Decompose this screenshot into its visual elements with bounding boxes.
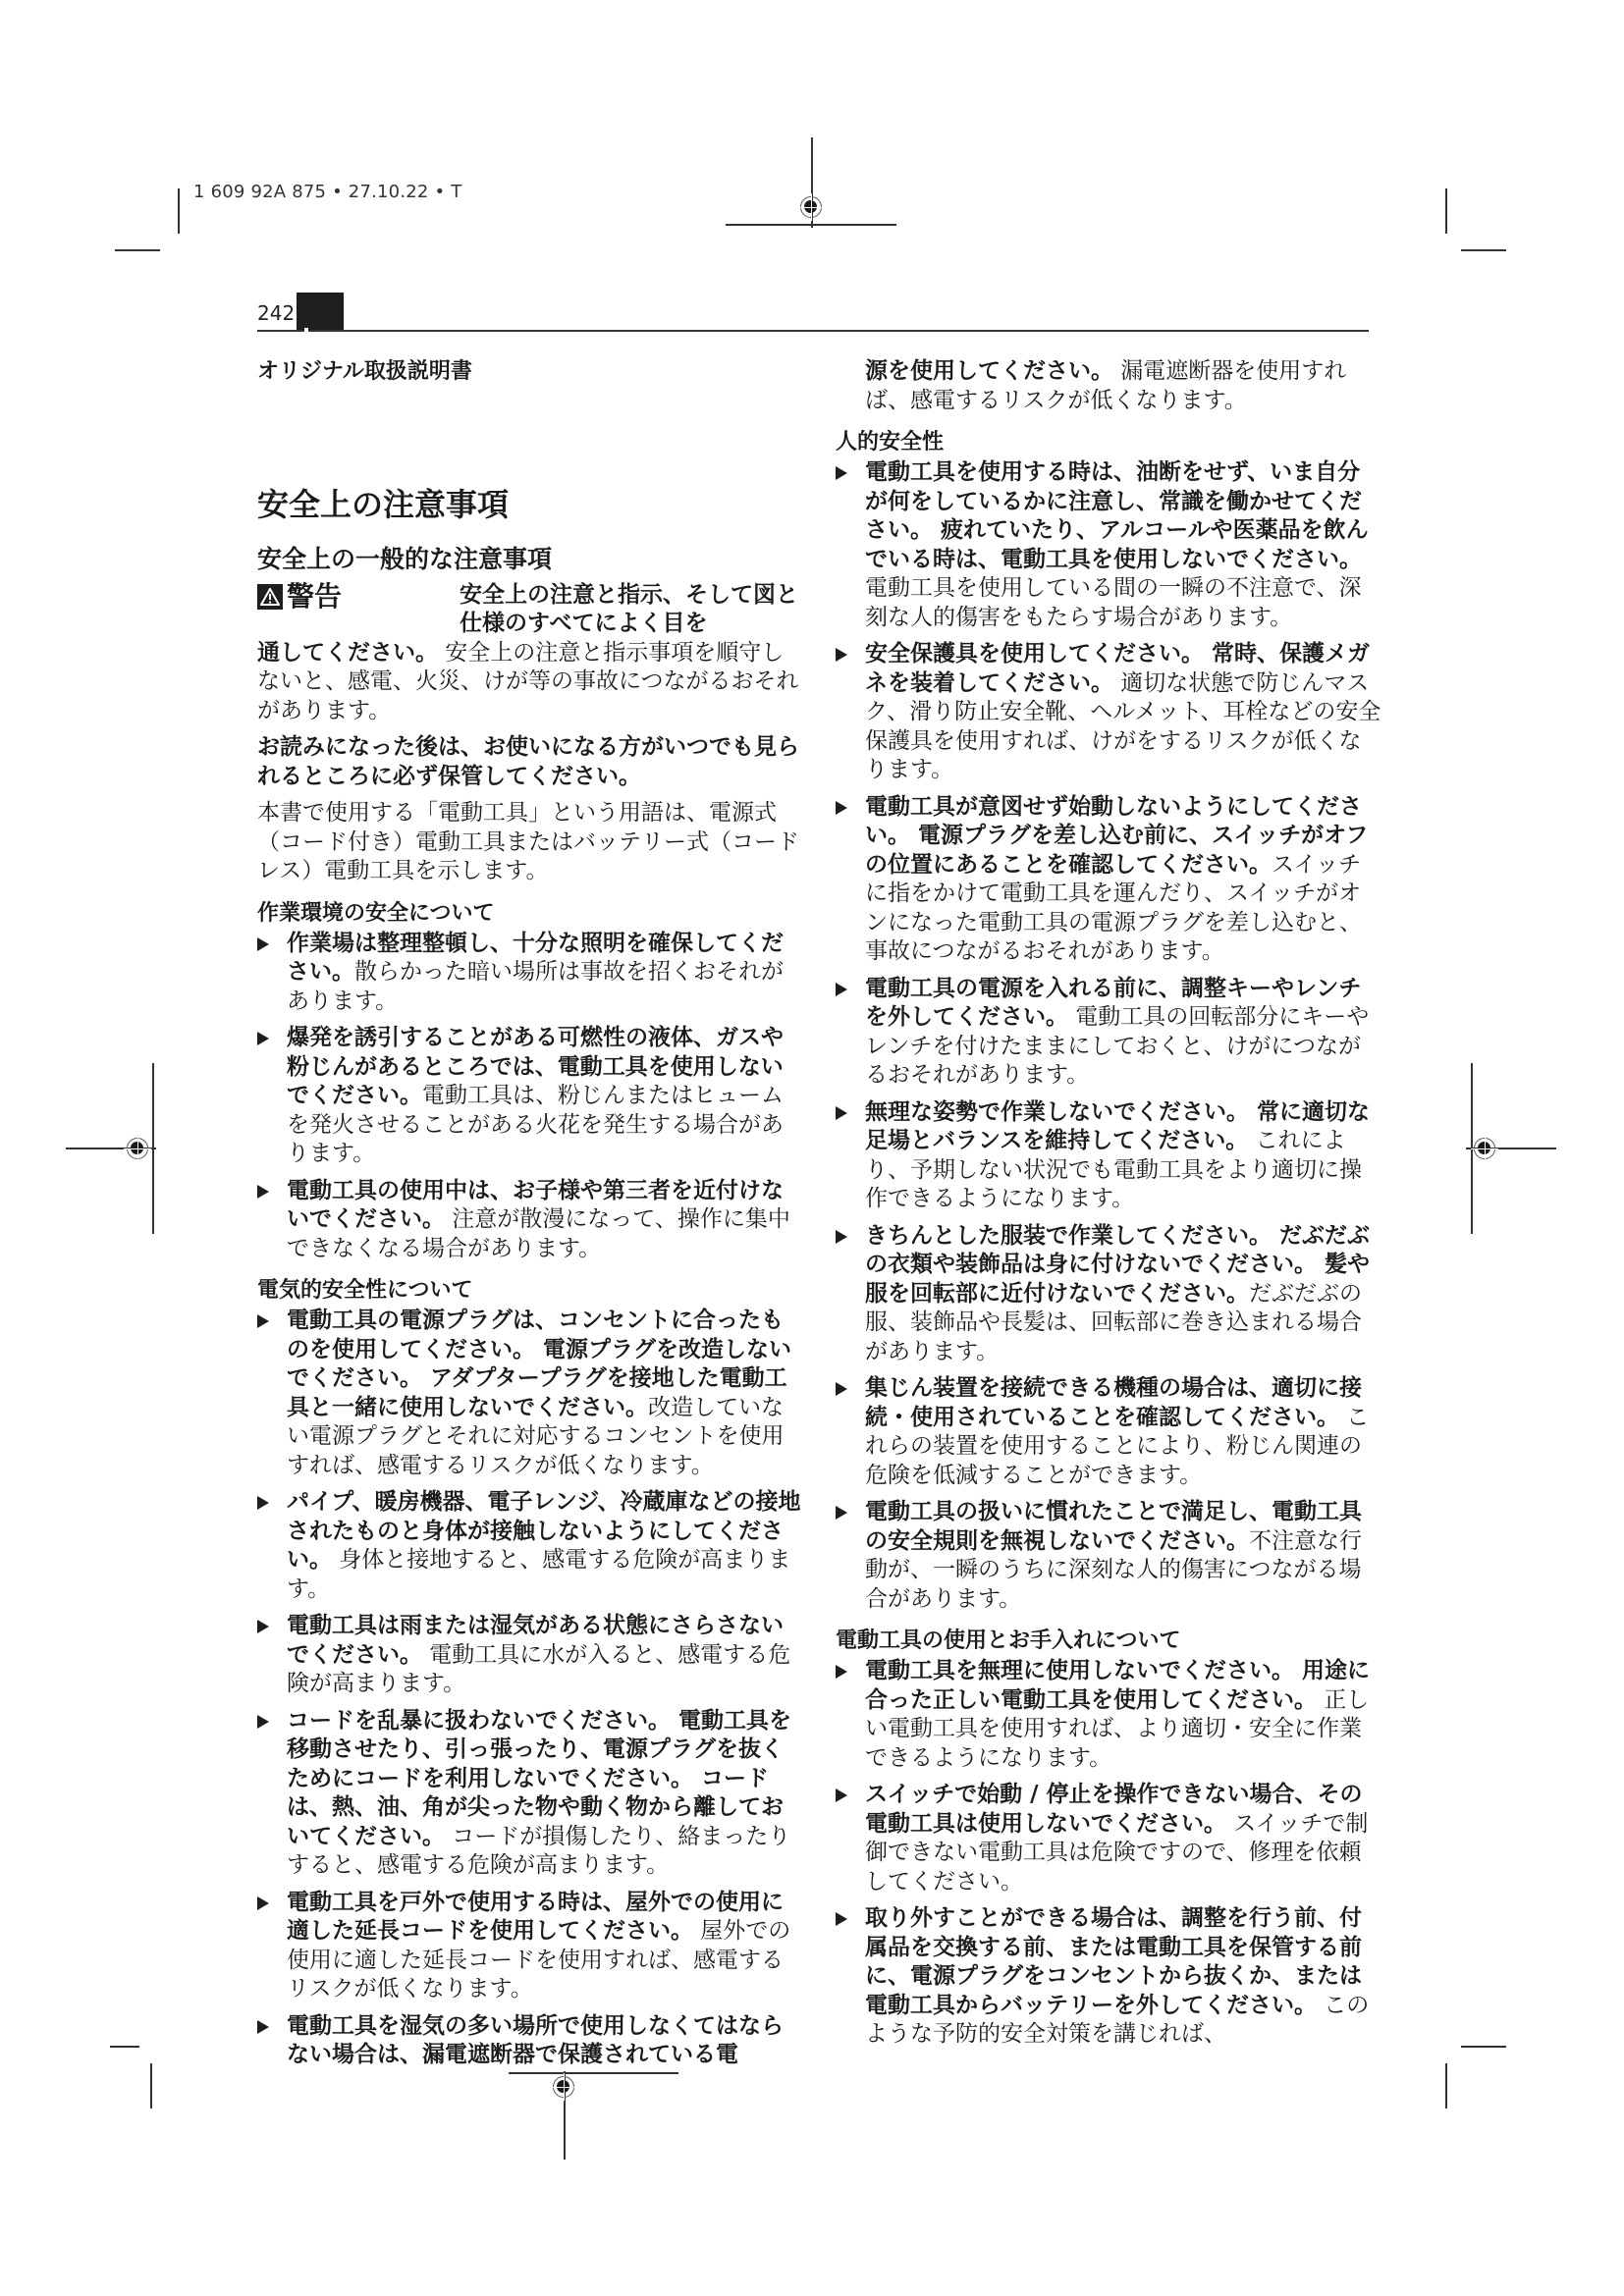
registration-mark-bottom-icon bbox=[553, 2076, 574, 2098]
bullet-triangle-icon bbox=[836, 1106, 847, 1120]
bullet-triangle-icon bbox=[257, 1314, 269, 1328]
crop-mark-top-right-h bbox=[1461, 249, 1506, 251]
bullet-triangle-icon bbox=[257, 1620, 269, 1633]
bullet-triangle-icon bbox=[836, 466, 847, 480]
registration-mark-top-icon bbox=[800, 196, 822, 218]
bullet-triangle-icon bbox=[836, 1665, 847, 1679]
item-bold: 集じん装置を接続できる機種の場合は、適切に接続・使用されていることを確認してくだ… bbox=[865, 1375, 1362, 1430]
list-item: 電動工具の電源プラグは、コンセントに合ったものを使用してください。 電源プラグを… bbox=[257, 1307, 803, 1480]
crop-mark-bottom-right-v bbox=[1445, 2063, 1447, 2109]
language-tab-marker bbox=[297, 293, 344, 330]
bullet-triangle-icon bbox=[257, 1032, 269, 1045]
bullet-triangle-icon bbox=[257, 937, 269, 951]
bullet-triangle-icon bbox=[836, 1912, 847, 1926]
crop-mark-top-right-v bbox=[1445, 188, 1447, 234]
bullet-triangle-icon bbox=[836, 648, 847, 662]
crop-mark-bottom-right-h bbox=[1461, 2046, 1506, 2048]
bullet-triangle-icon bbox=[257, 1496, 269, 1510]
bullet-triangle-icon bbox=[836, 801, 847, 815]
item-text: 身体と接地すると、感電する危険が高まります。 bbox=[287, 1547, 790, 1602]
item-bold: 源を使用してください。 bbox=[865, 358, 1113, 384]
warning-label-text: 警告 bbox=[287, 581, 342, 613]
list-item: 電動工具が意図せず始動しないようにしてください。 電源プラグを差し込む前に、スイ… bbox=[836, 793, 1381, 967]
warning-bold-continuation: 通してください。 bbox=[257, 640, 438, 666]
bullet-triangle-icon bbox=[257, 1715, 269, 1729]
bullet-triangle-icon bbox=[836, 1382, 847, 1396]
warning-block: 警告 安全上の注意と指示、そして図と仕様のすべてによく目を bbox=[257, 581, 803, 639]
list-item: 電動工具を無理に使用しないでください。 用途に合った正しい電動工具を使用してくだ… bbox=[836, 1657, 1381, 1773]
crop-mark-top-left-v bbox=[178, 188, 180, 234]
list-item: スイッチで始動 / 停止を操作できない場合、その電動工具は使用しないでください。… bbox=[836, 1781, 1381, 1896]
definition: 本書で使用する「電動工具」という用語は、電源式（コード付き）電動工具またはバッテ… bbox=[257, 799, 803, 886]
section-title-work-area: 作業環境の安全について bbox=[257, 900, 803, 928]
item-bold: 取り外すことができる場合は、調整を行う前、付属品を交換する前、または電動工具を保… bbox=[865, 1905, 1362, 2018]
list-item: 安全保護具を使用してください。 常時、保護メガネを装着してください。 適切な状態… bbox=[836, 640, 1381, 785]
section-subtitle: 安全上の一般的な注意事項 bbox=[257, 544, 803, 575]
page-title: 安全上の注意事項 bbox=[257, 485, 803, 524]
header-rule-gap bbox=[304, 328, 308, 333]
item-bold: 電動工具を湿気の多い場所で使用しなくてはならない場合は、漏電遮断器で保護されてい… bbox=[287, 2013, 784, 2068]
warning-heading: 安全上の注意と指示、そして図と仕様のすべてによく目を bbox=[460, 581, 803, 639]
list-item: 集じん装置を接続できる機種の場合は、適切に接続・使用されていることを確認してくだ… bbox=[836, 1374, 1381, 1490]
list-item: きちんとした服装で作業してください。 だぶだぶの衣類や装飾品は身に付けないでくだ… bbox=[836, 1222, 1381, 1367]
item-bold: 電動工具を無理に使用しないでください。 用途に合った正しい電動工具を使用してくだ… bbox=[865, 1658, 1370, 1713]
list-item: 電動工具は雨または湿気がある状態にさらさないでください。 電動工具に水が入ると、… bbox=[257, 1612, 803, 1699]
list-item: 電動工具の電源を入れる前に、調整キーやレンチを外してください。 電動工具の回転部… bbox=[836, 975, 1381, 1091]
crop-mark-bottom-left-v bbox=[150, 2063, 152, 2109]
bullet-triangle-icon bbox=[836, 1506, 847, 1520]
registration-mark-left-icon bbox=[127, 1138, 148, 1159]
list-item: 電動工具の使用中は、お子様や第三者を近付けないでください。 注意が散漫になって、… bbox=[257, 1177, 803, 1264]
keep-notice: お読みになった後は、お使いになる方がいつでも見られるところに必ず保管してください… bbox=[257, 733, 803, 791]
warning-body: 通してください。 安全上の注意と指示事項を順守しないと、感電、火災、けが等の事故… bbox=[257, 639, 803, 726]
list-item: 電動工具を使用する時は、油断をせず、いま自分が何をしているかに注意し、常識を働か… bbox=[836, 458, 1381, 632]
bullet-triangle-icon bbox=[836, 1789, 847, 1802]
bullet-triangle-icon bbox=[257, 1896, 269, 1910]
crop-mark-bottom-left-h bbox=[110, 2046, 139, 2048]
left-column: オリジナル取扱説明書 安全上の注意事項 安全上の一般的な注意事項 警告 安全上の… bbox=[257, 357, 803, 2078]
list-item: コードを乱暴に扱わないでください。 電動工具を移動させたり、引っ張ったり、電源プ… bbox=[257, 1707, 803, 1881]
page-number: 242 bbox=[257, 301, 295, 325]
list-item: 取り外すことができる場合は、調整を行う前、付属品を交換する前、または電動工具を保… bbox=[836, 1904, 1381, 2050]
list-item: 電動工具の扱いに慣れたことで満足し、電動工具の安全規則を無視しないでください。不… bbox=[836, 1498, 1381, 1614]
registration-mark-right-icon bbox=[1474, 1138, 1495, 1159]
list-item: 電動工具を湿気の多い場所で使用しなくてはならない場合は、漏電遮断器で保護されてい… bbox=[257, 2012, 803, 2070]
print-slug: 1 609 92A 875 • 27.10.22 • T bbox=[193, 182, 461, 202]
document-label: オリジナル取扱説明書 bbox=[257, 357, 803, 387]
crop-mark-top-left-h bbox=[115, 249, 160, 251]
list-item: 電動工具を戸外で使用する時は、屋外での使用に適した延長コードを使用してください。… bbox=[257, 1889, 803, 2004]
list-item: 無理な姿勢で作業しないでください。 常に適切な足場とバランスを維持してください。… bbox=[836, 1098, 1381, 1214]
bullet-triangle-icon bbox=[836, 983, 847, 996]
bullet-triangle-icon bbox=[257, 2020, 269, 2034]
section-title-electrical: 電気的安全性について bbox=[257, 1277, 803, 1305]
right-column: 源を使用してください。 漏電遮断器を使用すれば、感電するリスクが低くなります。 … bbox=[836, 357, 1381, 2057]
list-item: 爆発を誘引することがある可燃性の液体、ガスや粉じんがあるところでは、電動工具を使… bbox=[257, 1024, 803, 1169]
bullet-triangle-icon bbox=[836, 1230, 847, 1244]
item-text: 散らかった暗い場所は事故を招くおそれがあります。 bbox=[287, 959, 784, 1014]
warning-label: 警告 bbox=[257, 581, 460, 613]
register-line-top-h bbox=[726, 224, 896, 226]
list-item: パイプ、暖房機器、電子レンジ、冷蔵庫などの接地されたものと身体が接触しないように… bbox=[257, 1488, 803, 1604]
continued-item: 源を使用してください。 漏電遮断器を使用すれば、感電するリスクが低くなります。 bbox=[836, 357, 1381, 415]
header-rule bbox=[257, 330, 1369, 332]
list-item: 作業場は整理整頓し、十分な照明を確保してください。散らかった暗い場所は事故を招く… bbox=[257, 930, 803, 1017]
section-title-personal-safety: 人的安全性 bbox=[836, 429, 1381, 456]
section-title-tool-use-care: 電動工具の使用とお手入れについて bbox=[836, 1628, 1381, 1655]
item-bold: 電動工具を使用する時は、油断をせず、いま自分が何をしているかに注意し、常識を働か… bbox=[865, 459, 1369, 572]
item-text: 電動工具を使用している間の一瞬の不注意で、深刻な人的傷害をもたらす場合があります… bbox=[865, 575, 1362, 630]
warning-triangle-icon bbox=[257, 584, 283, 610]
bullet-triangle-icon bbox=[257, 1185, 269, 1199]
